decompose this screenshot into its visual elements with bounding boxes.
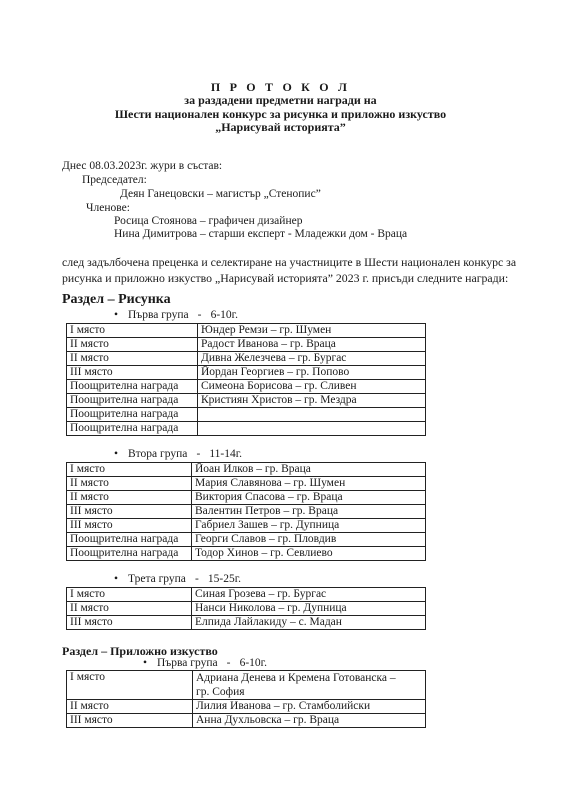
place-cell: Поощрителна награда xyxy=(67,547,192,561)
document-subtitle-3: „Нарисувай историята” xyxy=(0,121,561,135)
place-cell: I място xyxy=(67,463,192,477)
winner-cell: Йордан Георгиев – гр. Попово xyxy=(198,366,426,380)
table-row: II мястоМария Славянова – гр. Шумен xyxy=(67,477,426,491)
winner-cell: Юндер Ремзи – гр. Шумен xyxy=(198,324,426,338)
winner-cell: Дивна Железчева – гр. Бургас xyxy=(198,352,426,366)
winner-cell: Лилия Иванова – гр. Стамболийски xyxy=(193,700,426,714)
table-row: Поощрителна награда xyxy=(67,422,426,436)
winner-cell: Симеона Борисова – гр. Сливен xyxy=(198,380,426,394)
member-2: Нина Димитрова – старши експерт - Младеж… xyxy=(114,228,407,241)
winner-cell: Георги Славов – гр. Пловдив xyxy=(192,533,426,547)
table-row: I мястоЮндер Ремзи – гр. Шумен xyxy=(67,324,426,338)
winner-cell xyxy=(198,422,426,436)
table-row: I мястоЙоан Илков – гр. Враца xyxy=(67,463,426,477)
place-cell: Поощрителна награда xyxy=(67,533,192,547)
member-1: Росица Стоянова – графичен дизайнер xyxy=(114,215,302,228)
winner-cell: Йоан Илков – гр. Враца xyxy=(192,463,426,477)
table-row: II мястоРадост Иванова – гр. Враца xyxy=(67,338,426,352)
table-row: I мястоСиная Грозева – гр. Бургас xyxy=(67,588,426,602)
place-cell: II място xyxy=(67,700,193,714)
winner-cell xyxy=(198,408,426,422)
place-cell: Поощрителна награда xyxy=(67,422,198,436)
place-cell: III място xyxy=(67,505,192,519)
table-row: III мястоВалентин Петров – гр. Враца xyxy=(67,505,426,519)
group-name: Първа група xyxy=(157,657,218,669)
place-cell: II място xyxy=(67,602,192,616)
awards-table-drawing-group-3: I мястоСиная Грозева – гр. Бургас II мяс… xyxy=(66,587,426,630)
place-cell: Поощрителна награда xyxy=(67,380,198,394)
table-row: III мястоГабриел Зашев – гр. Дупница xyxy=(67,519,426,533)
place-cell: III място xyxy=(67,714,193,728)
table-row: Поощрителна наградаКристиян Христов – гр… xyxy=(67,394,426,408)
place-cell: I място xyxy=(67,671,193,700)
group-ages: 11-14г. xyxy=(209,448,242,460)
winner-cell: Нанси Николова – гр. Дупница xyxy=(192,602,426,616)
place-cell: II място xyxy=(67,477,192,491)
group-header-drawing-2: •Втора група-11-14г. xyxy=(114,448,242,461)
group-ages: 6-10г. xyxy=(211,309,238,321)
table-row: III мястоЕлпида Лайлакиду – с. Мадан xyxy=(67,616,426,630)
winner-cell: Виктория Спасова – гр. Враца xyxy=(192,491,426,505)
winner-cell: Анна Духльовска – гр. Враца xyxy=(193,714,426,728)
chair-name: Деян Ганецовски – магистър „Стенопис” xyxy=(120,188,321,201)
group-dash: - xyxy=(187,448,209,461)
group-ages: 6-10г. xyxy=(240,657,267,669)
place-cell: II място xyxy=(67,338,198,352)
group-name: Първа група xyxy=(128,309,189,321)
table-row: Поощрителна наградаГеорги Славов – гр. П… xyxy=(67,533,426,547)
bullet-icon: • xyxy=(143,657,157,670)
document-title: П Р О Т О К О Л xyxy=(0,80,561,94)
document-title-block: П Р О Т О К О Л за раздадени предметни н… xyxy=(0,80,561,135)
place-cell: III място xyxy=(67,519,192,533)
winner-cell: Елпида Лайлакиду – с. Мадан xyxy=(192,616,426,630)
table-row: Поощрителна награда xyxy=(67,408,426,422)
table-row: III мястоАнна Духльовска – гр. Враца xyxy=(67,714,426,728)
group-header-drawing-1: •Първа група-6-10г. xyxy=(114,309,238,322)
winner-cell: Мария Славянова – гр. Шумен xyxy=(192,477,426,491)
place-cell: Поощрителна награда xyxy=(67,394,198,408)
winner-cell: Адриана Денева и Кремена Готованска – гр… xyxy=(193,671,426,700)
awards-table-applied-group-1: I мястоАдриана Денева и Кремена Готованс… xyxy=(66,670,426,728)
awards-table-drawing-group-2: I мястоЙоан Илков – гр. Враца II мястоМа… xyxy=(66,462,426,561)
table-row: Поощрителна наградаТодор Хинов – гр. Сев… xyxy=(67,547,426,561)
bullet-icon: • xyxy=(114,573,128,586)
place-cell: III място xyxy=(67,616,192,630)
group-dash: - xyxy=(218,657,240,670)
place-cell: II място xyxy=(67,352,198,366)
group-dash: - xyxy=(186,573,208,586)
table-row: II мястоЛилия Иванова – гр. Стамболийски xyxy=(67,700,426,714)
winner-cell: Валентин Петров – гр. Враца xyxy=(192,505,426,519)
group-header-applied-1: •Първа група-6-10г. xyxy=(143,657,267,670)
winner-cell: Кристиян Христов – гр. Мездра xyxy=(198,394,426,408)
table-row: II мястоДивна Железчева – гр. Бургас xyxy=(67,352,426,366)
chair-label: Председател: xyxy=(82,174,147,187)
group-ages: 15-25г. xyxy=(208,573,241,585)
place-cell: I място xyxy=(67,324,198,338)
document-subtitle-1: за раздадени предметни награди на xyxy=(0,94,561,108)
table-row: III мястоЙордан Георгиев – гр. Попово xyxy=(67,366,426,380)
section-title-drawing: Раздел – Рисунка xyxy=(62,292,171,308)
bullet-icon: • xyxy=(114,309,128,322)
winner-cell: Тодор Хинов – гр. Севлиево xyxy=(192,547,426,561)
table-row: II мястоВиктория Спасова – гр. Враца xyxy=(67,491,426,505)
table-row: Поощрителна наградаСимеона Борисова – гр… xyxy=(67,380,426,394)
group-name: Трета група xyxy=(128,573,186,585)
place-cell: I място xyxy=(67,588,192,602)
winner-cell: Радост Иванова – гр. Враца xyxy=(198,338,426,352)
place-cell: II място xyxy=(67,491,192,505)
members-label: Членове: xyxy=(86,202,130,215)
winner-cell: Синая Грозева – гр. Бургас xyxy=(192,588,426,602)
table-row: II мястоНанси Николова – гр. Дупница xyxy=(67,602,426,616)
document-subtitle-2: Шести национален конкурс за рисунка и пр… xyxy=(0,108,561,122)
award-statement: след задълбочена преценка и селектиране … xyxy=(62,254,542,286)
awards-table-drawing-group-1: I мястоЮндер Ремзи – гр. Шумен II мястоР… xyxy=(66,323,426,436)
group-header-drawing-3: •Трета група-15-25г. xyxy=(114,573,241,586)
group-name: Втора група xyxy=(128,448,187,460)
group-dash: - xyxy=(189,309,211,322)
place-cell: III място xyxy=(67,366,198,380)
table-row: I мястоАдриана Денева и Кремена Готованс… xyxy=(67,671,426,700)
winner-cell: Габриел Зашев – гр. Дупница xyxy=(192,519,426,533)
jury-intro: Днес 08.03.2023г. жури в състав: xyxy=(62,160,222,173)
place-cell: Поощрителна награда xyxy=(67,408,198,422)
bullet-icon: • xyxy=(114,448,128,461)
